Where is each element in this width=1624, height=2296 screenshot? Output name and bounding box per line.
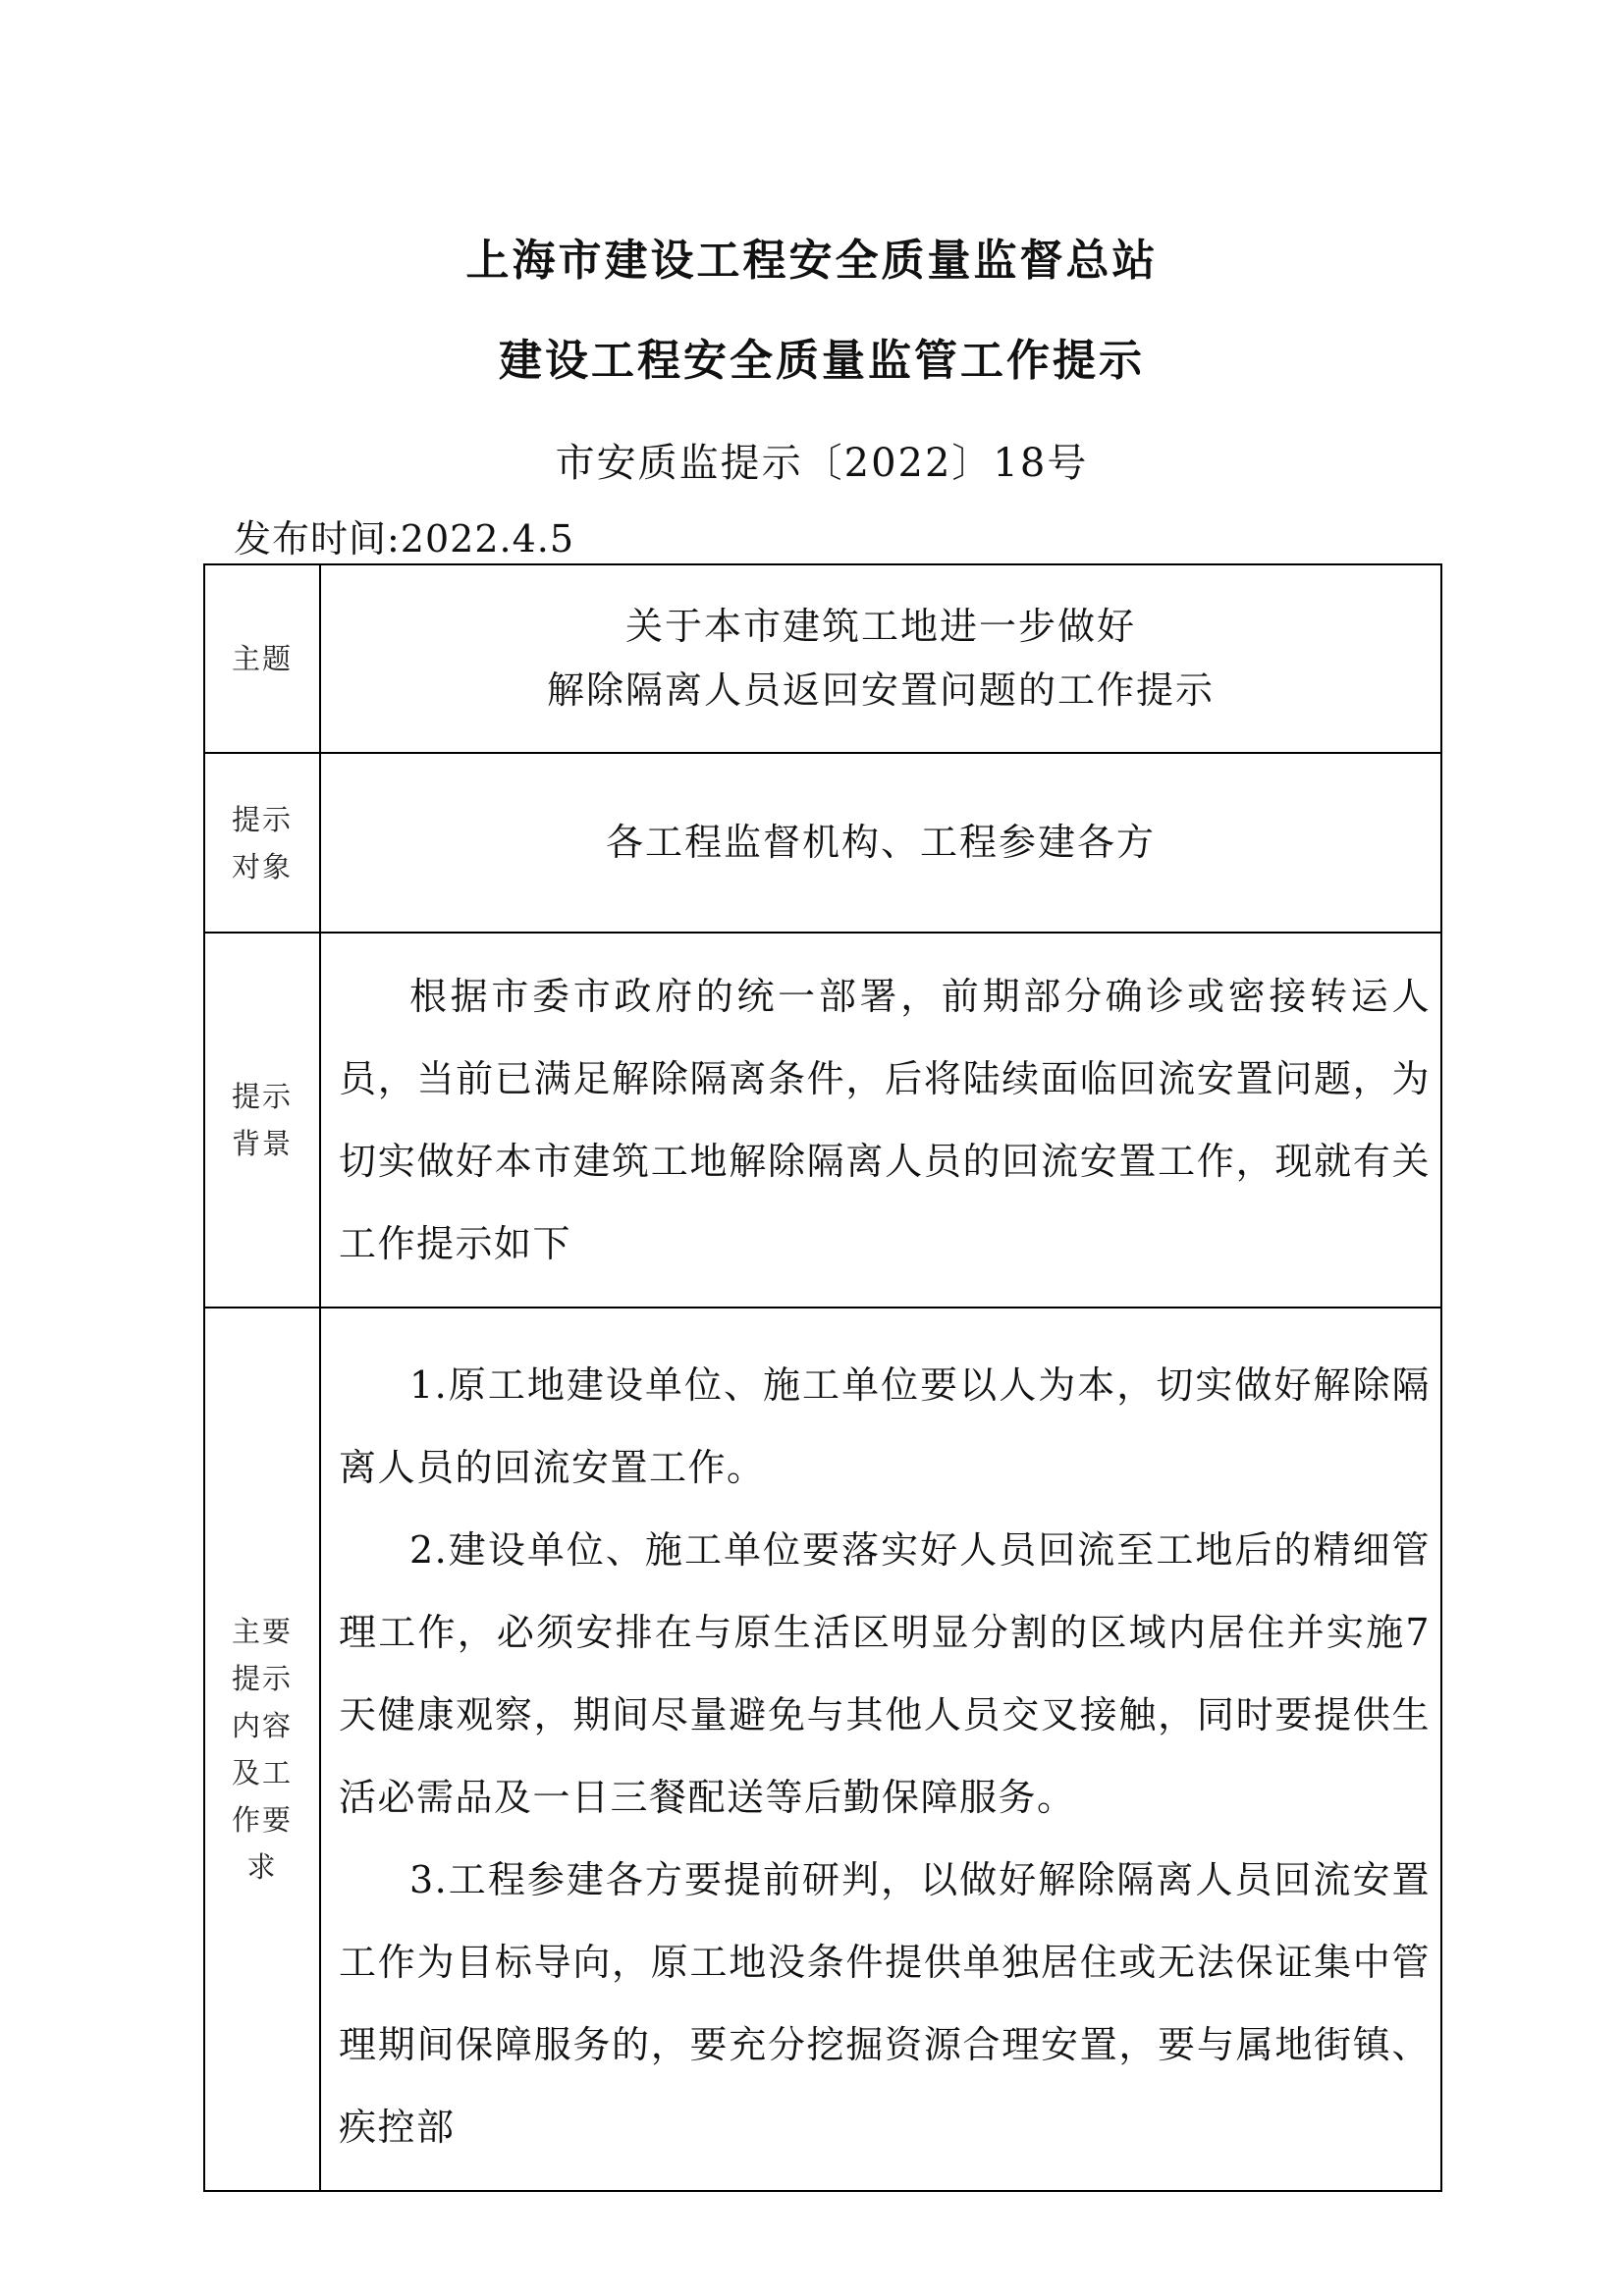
label-line: 提示 — [205, 1073, 319, 1120]
subject-line-2: 解除隔离人员返回安置问题的工作提示 — [321, 659, 1440, 722]
requirement-item-1: 1.原工地建设单位、施工单位要以人为本，切实做好解除隔离人员的回流安置工作。 — [339, 1344, 1431, 1509]
table-row-background: 提示 背景 根据市委市政府的统一部署，前期部分确诊或密接转运人员，当前已满足解除… — [204, 933, 1441, 1308]
row-content-requirements: 1.原工地建设单位、施工单位要以人为本，切实做好解除隔离人员的回流安置工作。 2… — [320, 1308, 1441, 2191]
document-number: 市安质监提示〔2022〕18号 — [0, 436, 1624, 491]
organization-title: 上海市建设工程安全质量监督总站 — [0, 232, 1624, 291]
target-audience: 各工程监督机构、工程参建各方 — [321, 811, 1440, 875]
requirement-item-3: 3.工程参建各方要提前研判，以做好解除隔离人员回流安置工作为目标导向，原工地没条… — [339, 1839, 1431, 2168]
row-label-requirements: 主要 提示 内容 及工 作要 求 — [204, 1308, 320, 2191]
label-line: 对象 — [205, 843, 319, 890]
row-content-background: 根据市委市政府的统一部署，前期部分确诊或密接转运人员，当前已满足解除隔离条件，后… — [320, 933, 1441, 1308]
background-paragraph: 根据市委市政府的统一部署，前期部分确诊或密接转运人员，当前已满足解除隔离条件，后… — [339, 955, 1431, 1285]
requirement-item-2: 2.建设单位、施工单位要落实好人员回流至工地后的精细管理工作，必须安排在与原生活… — [339, 1509, 1431, 1839]
label-line: 及工 — [205, 1749, 319, 1796]
table-row-subject: 主题 关于本市建筑工地进一步做好 解除隔离人员返回安置问题的工作提示 — [204, 564, 1441, 753]
table-row-requirements: 主要 提示 内容 及工 作要 求 1.原工地建设单位、施工单位要以人为本，切实做… — [204, 1308, 1441, 2191]
row-label-subject: 主题 — [204, 564, 320, 753]
label-line: 内容 — [205, 1702, 319, 1749]
label-line: 提示 — [205, 1655, 319, 1702]
label-line: 主要 — [205, 1608, 319, 1655]
memo-table: 主题 关于本市建筑工地进一步做好 解除隔离人员返回安置问题的工作提示 提示 对象… — [203, 563, 1442, 2192]
row-content-subject: 关于本市建筑工地进一步做好 解除隔离人员返回安置问题的工作提示 — [320, 564, 1441, 753]
row-label-target: 提示 对象 — [204, 753, 320, 933]
row-content-target: 各工程监督机构、工程参建各方 — [320, 753, 1441, 933]
label-line: 主题 — [205, 635, 319, 682]
label-line: 求 — [205, 1843, 319, 1891]
publish-date: 发布时间:2022.4.5 — [234, 514, 574, 563]
label-line: 背景 — [205, 1120, 319, 1167]
label-line: 提示 — [205, 796, 319, 843]
row-label-background: 提示 背景 — [204, 933, 320, 1308]
subject-line-1: 关于本市建筑工地进一步做好 — [321, 595, 1440, 659]
document-title: 建设工程安全质量监管工作提示 — [0, 332, 1624, 391]
table-row-target: 提示 对象 各工程监督机构、工程参建各方 — [204, 753, 1441, 933]
label-line: 作要 — [205, 1796, 319, 1843]
